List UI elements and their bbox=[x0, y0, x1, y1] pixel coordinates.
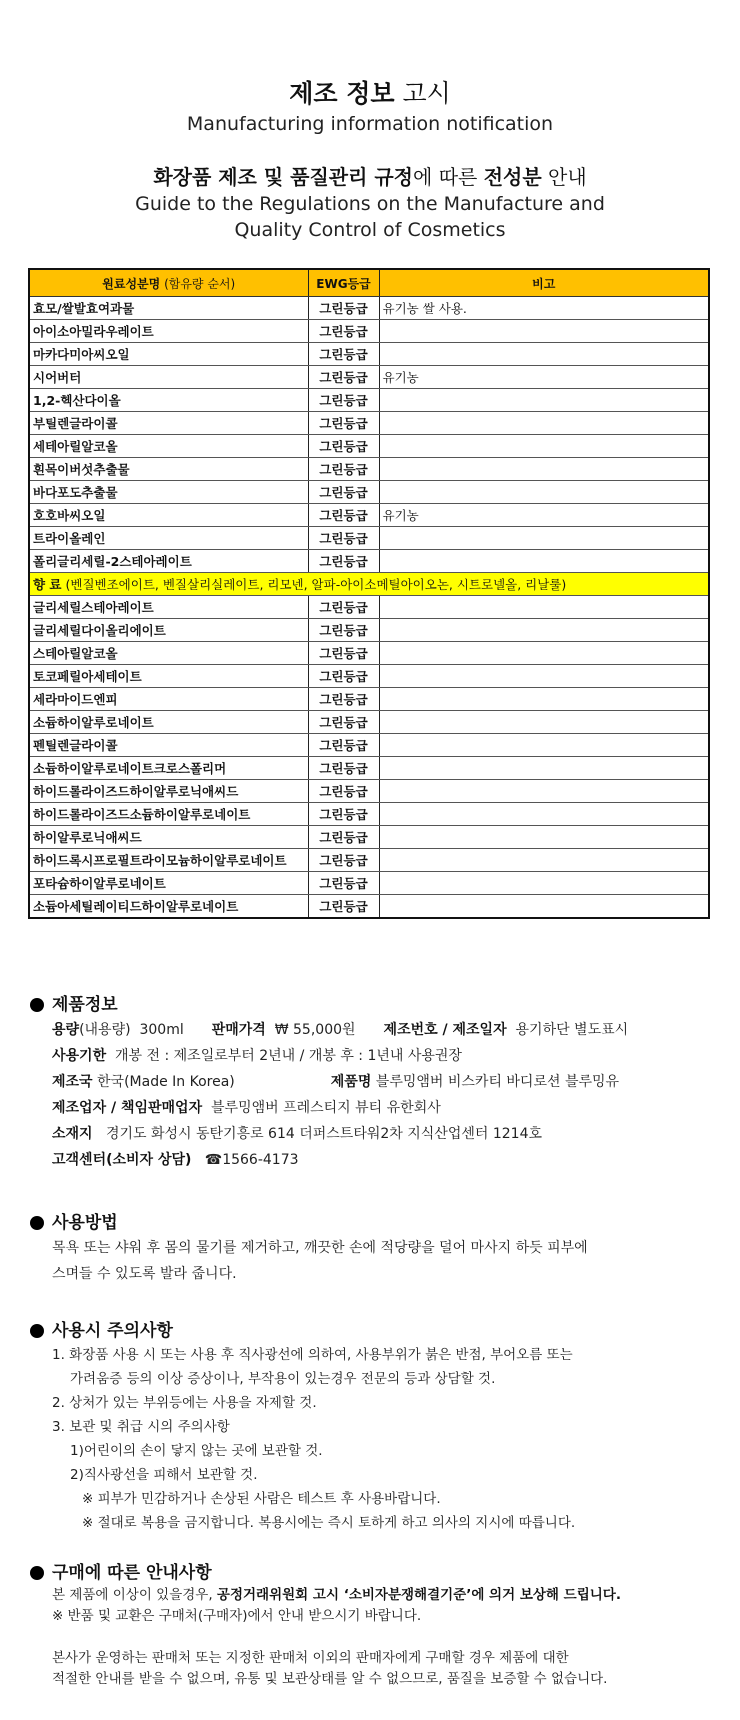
ewg-grade-cell: 그린등급 bbox=[308, 688, 379, 711]
purchase-line-4: 적절한 안내를 받을 수 없으며, 유통 및 보관상태를 알 수 없으므로, 품… bbox=[30, 1669, 720, 1690]
ewg-grade-cell: 그린등급 bbox=[308, 711, 379, 734]
table-row: 펜틸렌글라이콜그린등급 bbox=[29, 734, 709, 757]
fragrance-row: 향 료 (벤질벤조에이트, 벤질살리실레이트, 리모넨, 알파-아이소메틸아이오… bbox=[29, 573, 709, 596]
ewg-grade-cell: 그린등급 bbox=[308, 596, 379, 619]
caution-item-1a: 1. 화장품 사용 시 또는 사용 후 직사광선에 의하여, 사용부위가 붉은 … bbox=[30, 1343, 720, 1367]
ewg-grade-cell: 그린등급 bbox=[308, 389, 379, 412]
note-cell bbox=[379, 826, 709, 849]
ewg-grade-cell: 그린등급 bbox=[308, 458, 379, 481]
ingredient-name-cell: 아이소아밀라우레이트 bbox=[29, 320, 308, 343]
table-row: 부틸렌글라이콜그린등급 bbox=[29, 412, 709, 435]
ewg-grade-cell: 그린등급 bbox=[308, 642, 379, 665]
ingredient-name-cell: 트라이올레인 bbox=[29, 527, 308, 550]
expiry-label: 사용기한 bbox=[52, 1048, 106, 1064]
ingredient-name-cell: 폴리글리세릴-2스테아레이트 bbox=[29, 550, 308, 573]
fragrance-body: 향 료 (벤질벤조에이트, 벤질살리실레이트, 리모넨, 알파-아이소메틸아이오… bbox=[29, 573, 709, 596]
ingredient-name-cell: 효모/쌀발효여과물 bbox=[29, 297, 308, 320]
note-cell bbox=[379, 849, 709, 872]
info-line-3: 제조국 한국(Made In Korea)제품명 블루밍앰버 비스카티 바디로션… bbox=[30, 1069, 720, 1095]
subtitle-bold-1: 화장품 제조 및 품질관리 규정 bbox=[153, 165, 413, 189]
ingredient-name-cell: 글리세릴스테아레이트 bbox=[29, 596, 308, 619]
note-cell bbox=[379, 665, 709, 688]
info-line-2: 사용기한 개봉 전 : 제조일로부터 2년내 / 개봉 후 : 1년내 사용권장 bbox=[30, 1043, 720, 1069]
ingredient-name-cell: 하이드록시프로필트라이모늄하이알루로네이트 bbox=[29, 849, 308, 872]
ingredient-name-cell: 펜틸렌글라이콜 bbox=[29, 734, 308, 757]
ingredients-table: 원료성분명 (함유량 순서) EWG등급 비고 효모/쌀발효여과물그린등급유기농… bbox=[28, 268, 710, 919]
ingredient-name-cell: 바다포도추출물 bbox=[29, 481, 308, 504]
header-ewg-grade: EWG등급 bbox=[308, 269, 379, 297]
product-info-heading: 제품정보 bbox=[30, 993, 720, 1017]
volume-label: 용량 bbox=[52, 1022, 79, 1038]
usage-heading: 사용방법 bbox=[30, 1211, 720, 1235]
note-cell bbox=[379, 872, 709, 895]
ewg-grade-cell: 그린등급 bbox=[308, 320, 379, 343]
country-value: 한국(Made In Korea) bbox=[97, 1074, 235, 1090]
table-row: 호호바씨오일그린등급유기농 bbox=[29, 504, 709, 527]
table-row: 글리세릴다이올리에이트그린등급 bbox=[29, 619, 709, 642]
ingredient-name-cell: 마카다미아씨오일 bbox=[29, 343, 308, 366]
ingredients-body-2: 글리세릴스테아레이트그린등급글리세릴다이올리에이트그린등급스테아릴알코올그린등급… bbox=[29, 596, 709, 919]
volume-paren: (내용량) bbox=[79, 1022, 131, 1038]
caution-item-2: 2. 상처가 있는 부위등에는 사용을 자제할 것. bbox=[30, 1391, 720, 1415]
bullet-icon bbox=[30, 998, 44, 1012]
purchase-section: 구매에 따른 안내사항 본 제품에 이상이 있을경우, 공정거래위원회 고시 ‘… bbox=[30, 1561, 720, 1690]
note-cell: 유기농 쌀 사용. bbox=[379, 297, 709, 320]
note-cell bbox=[379, 412, 709, 435]
ingredient-name-cell: 소듐아세틸레이티드하이알루로네이트 bbox=[29, 895, 308, 919]
cs-label: 고객센터(소비자 상담) bbox=[52, 1152, 191, 1168]
title-light: 고시 bbox=[402, 79, 450, 108]
price-label: 판매가격 bbox=[212, 1022, 266, 1038]
bullet-icon bbox=[30, 1216, 44, 1230]
info-line-5: 소재지 경기도 화성시 동탄기흥로 614 더퍼스트타워2차 지식산업센터 12… bbox=[30, 1121, 720, 1147]
subtitle-en-line-2: Quality Control of Cosmetics bbox=[0, 217, 740, 243]
ewg-grade-cell: 그린등급 bbox=[308, 343, 379, 366]
ewg-grade-cell: 그린등급 bbox=[308, 665, 379, 688]
purchase-title: 구매에 따른 안내사항 bbox=[52, 1561, 212, 1585]
usage-line-1: 목욕 또는 샤워 후 몸의 물기를 제거하고, 깨끗한 손에 적당량을 덜어 마… bbox=[30, 1235, 720, 1261]
table-row: 소듐하이알루로네이트그린등급 bbox=[29, 711, 709, 734]
ingredient-name-cell: 소듐하이알루로네이트크로스폴리머 bbox=[29, 757, 308, 780]
lot-label: 제조번호 / 제조일자 bbox=[384, 1022, 507, 1038]
note-cell bbox=[379, 711, 709, 734]
caution-heading: 사용시 주의사항 bbox=[30, 1319, 720, 1343]
table-header-row: 원료성분명 (함유량 순서) EWG등급 비고 bbox=[29, 269, 709, 297]
note-cell bbox=[379, 895, 709, 919]
subtitle-light-1: 에 따른 bbox=[413, 165, 484, 189]
table-row: 소듐아세틸레이티드하이알루로네이트그린등급 bbox=[29, 895, 709, 919]
header-note: 비고 bbox=[379, 269, 709, 297]
info-line-6: 고객센터(소비자 상담) ☎1566-4173 bbox=[30, 1147, 720, 1173]
table-row: 하이알루로닉애씨드그린등급 bbox=[29, 826, 709, 849]
fragrance-label: 향 료 bbox=[33, 577, 62, 592]
subtitle-light-2: 안내 bbox=[542, 165, 587, 189]
note-cell: 유기농 bbox=[379, 504, 709, 527]
fragrance-cell: 향 료 (벤질벤조에이트, 벤질살리실레이트, 리모넨, 알파-아이소메틸아이오… bbox=[29, 573, 709, 596]
header-name-label: 원료성분명 bbox=[102, 277, 160, 291]
ewg-grade-cell: 그린등급 bbox=[308, 527, 379, 550]
table-row: 세라마이드엔피그린등급 bbox=[29, 688, 709, 711]
note-cell bbox=[379, 803, 709, 826]
usage-section: 사용방법 목욕 또는 샤워 후 몸의 물기를 제거하고, 깨끗한 손에 적당량을… bbox=[30, 1211, 720, 1287]
ingredient-name-cell: 소듐하이알루로네이트 bbox=[29, 711, 308, 734]
ingredient-name-cell: 하이알루로닉애씨드 bbox=[29, 826, 308, 849]
table-row: 하이드롤라이즈드하이알루로닉애씨드그린등급 bbox=[29, 780, 709, 803]
table-row: 흰목이버섯추출물그린등급 bbox=[29, 458, 709, 481]
note-cell bbox=[379, 757, 709, 780]
ewg-grade-cell: 그린등급 bbox=[308, 435, 379, 458]
table-row: 소듐하이알루로네이트크로스폴리머그린등급 bbox=[29, 757, 709, 780]
header-name-paren: (함유량 순서) bbox=[160, 277, 235, 291]
table-row: 트라이올레인그린등급 bbox=[29, 527, 709, 550]
ingredient-name-cell: 흰목이버섯추출물 bbox=[29, 458, 308, 481]
caution-note-1: ※ 피부가 민감하거나 손상된 사람은 테스트 후 사용바랍니다. bbox=[30, 1487, 720, 1511]
product-label: 제품명 bbox=[331, 1074, 372, 1090]
purchase-line-3: 본사가 운영하는 판매처 또는 지정한 판매처 이외의 판매자에게 구매할 경우… bbox=[30, 1648, 720, 1669]
ingredient-name-cell: 하이드롤라이즈드하이알루로닉애씨드 bbox=[29, 780, 308, 803]
ewg-grade-cell: 그린등급 bbox=[308, 849, 379, 872]
ingredient-name-cell: 시어버터 bbox=[29, 366, 308, 389]
maker-label: 제조업자 / 책임판매업자 bbox=[52, 1100, 202, 1116]
table-row: 아이소아밀라우레이트그린등급 bbox=[29, 320, 709, 343]
ewg-grade-cell: 그린등급 bbox=[308, 734, 379, 757]
caution-item-3-1: 1)어린이의 손이 닿지 않는 곳에 보관할 것. bbox=[30, 1439, 720, 1463]
ewg-grade-cell: 그린등급 bbox=[308, 895, 379, 919]
address-value: 경기도 화성시 동탄기흥로 614 더퍼스트타워2차 지식산업센터 1214호 bbox=[106, 1126, 542, 1142]
usage-line-2: 스며들 수 있도록 발라 줍니다. bbox=[30, 1261, 720, 1287]
product-info-title: 제품정보 bbox=[52, 993, 118, 1017]
ingredient-name-cell: 1,2-헥산다이올 bbox=[29, 389, 308, 412]
purchase-heading: 구매에 따른 안내사항 bbox=[30, 1561, 720, 1585]
bullet-icon bbox=[30, 1566, 44, 1580]
ingredient-name-cell: 부틸렌글라이콜 bbox=[29, 412, 308, 435]
ingredient-name-cell: 하이드롤라이즈드소듐하이알루로네이트 bbox=[29, 803, 308, 826]
table-row: 마카다미아씨오일그린등급 bbox=[29, 343, 709, 366]
caution-item-3-2: 2)직사광선을 피해서 보관할 것. bbox=[30, 1463, 720, 1487]
expiry-value: 개봉 전 : 제조일로부터 2년내 / 개봉 후 : 1년내 사용권장 bbox=[115, 1048, 462, 1064]
table-row: 바다포도추출물그린등급 bbox=[29, 481, 709, 504]
ewg-grade-cell: 그린등급 bbox=[308, 504, 379, 527]
ewg-grade-cell: 그린등급 bbox=[308, 826, 379, 849]
purchase-line-1: 본 제품에 이상이 있을경우, 공정거래위원회 고시 ‘소비자분쟁해결기준’에 … bbox=[30, 1585, 720, 1606]
table-row: 포타슘하이알루로네이트그린등급 bbox=[29, 872, 709, 895]
table-row: 효모/쌀발효여과물그린등급유기농 쌀 사용. bbox=[29, 297, 709, 320]
ewg-grade-cell: 그린등급 bbox=[308, 757, 379, 780]
note-cell bbox=[379, 435, 709, 458]
ingredients-body-1: 효모/쌀발효여과물그린등급유기농 쌀 사용.아이소아밀라우레이트그린등급마카다미… bbox=[29, 297, 709, 573]
title-bold: 제조 정보 bbox=[289, 79, 394, 108]
ingredient-name-cell: 토코페릴아세테이트 bbox=[29, 665, 308, 688]
note-cell bbox=[379, 527, 709, 550]
note-cell: 유기농 bbox=[379, 366, 709, 389]
note-cell bbox=[379, 734, 709, 757]
volume-value: 300ml bbox=[139, 1022, 183, 1038]
subtitle-bold-2: 전성분 bbox=[484, 165, 542, 189]
country-label: 제조국 bbox=[52, 1074, 93, 1090]
note-cell bbox=[379, 780, 709, 803]
note-cell bbox=[379, 389, 709, 412]
usage-title: 사용방법 bbox=[52, 1211, 118, 1235]
ingredient-name-cell: 호호바씨오일 bbox=[29, 504, 308, 527]
table-row: 토코페릴아세테이트그린등급 bbox=[29, 665, 709, 688]
product-info-section: 제품정보 용량(내용량) 300ml판매가격 ₩ 55,000원제조번호 / 제… bbox=[30, 993, 720, 1173]
note-cell bbox=[379, 481, 709, 504]
info-line-1: 용량(내용량) 300ml판매가격 ₩ 55,000원제조번호 / 제조일자 용… bbox=[30, 1017, 720, 1043]
caution-section: 사용시 주의사항 1. 화장품 사용 시 또는 사용 후 직사광선에 의하여, … bbox=[30, 1319, 720, 1535]
phone-icon: ☎ bbox=[205, 1152, 222, 1168]
ingredient-name-cell: 포타슘하이알루로네이트 bbox=[29, 872, 308, 895]
table-row: 하이드롤라이즈드소듐하이알루로네이트그린등급 bbox=[29, 803, 709, 826]
ingredient-name-cell: 세테아릴알코올 bbox=[29, 435, 308, 458]
caution-item-1b: 가려움증 등의 이상 증상이나, 부작용이 있는경우 전문의 등과 상담할 것. bbox=[30, 1367, 720, 1391]
note-cell bbox=[379, 642, 709, 665]
subtitle: 화장품 제조 및 품질관리 규정에 따른 전성분 안내 bbox=[0, 163, 740, 191]
table-row: 시어버터그린등급유기농 bbox=[29, 366, 709, 389]
table-row: 세테아릴알코올그린등급 bbox=[29, 435, 709, 458]
lot-value: 용기하단 별도표시 bbox=[516, 1022, 629, 1038]
note-cell bbox=[379, 343, 709, 366]
note-cell bbox=[379, 688, 709, 711]
header-ingredient-name: 원료성분명 (함유량 순서) bbox=[29, 269, 308, 297]
purchase-line-1-bold: 공정거래위원회 고시 ‘소비자분쟁해결기준’에 의거 보상해 드립니다. bbox=[217, 1587, 621, 1603]
purchase-line-1-light: 본 제품에 이상이 있을경우, bbox=[52, 1587, 217, 1603]
table-row: 스테아릴알코올그린등급 bbox=[29, 642, 709, 665]
ingredient-name-cell: 세라마이드엔피 bbox=[29, 688, 308, 711]
page-title-en: Manufacturing information notification bbox=[0, 111, 740, 137]
maker-value: 블루밍앰버 프레스티지 뷰티 유한회사 bbox=[211, 1100, 441, 1116]
note-cell bbox=[379, 320, 709, 343]
caution-item-3: 3. 보관 및 취급 시의 주의사항 bbox=[30, 1415, 720, 1439]
fragrance-detail: (벤질벤조에이트, 벤질살리실레이트, 리모넨, 알파-아이소메틸아이오논, 시… bbox=[62, 577, 567, 592]
ewg-grade-cell: 그린등급 bbox=[308, 803, 379, 826]
subtitle-en-line-1: Guide to the Regulations on the Manufact… bbox=[0, 191, 740, 217]
ewg-grade-cell: 그린등급 bbox=[308, 412, 379, 435]
subtitle-en: Guide to the Regulations on the Manufact… bbox=[0, 191, 740, 243]
ewg-grade-cell: 그린등급 bbox=[308, 619, 379, 642]
address-label: 소재지 bbox=[52, 1126, 93, 1142]
note-cell bbox=[379, 619, 709, 642]
caution-title: 사용시 주의사항 bbox=[52, 1319, 173, 1343]
note-cell bbox=[379, 550, 709, 573]
ewg-grade-cell: 그린등급 bbox=[308, 366, 379, 389]
table-row: 글리세릴스테아레이트그린등급 bbox=[29, 596, 709, 619]
purchase-line-2: ※ 반품 및 교환은 구매처(구매자)에서 안내 받으시기 바랍니다. bbox=[30, 1606, 720, 1627]
note-cell bbox=[379, 596, 709, 619]
cs-value: 1566-4173 bbox=[222, 1152, 298, 1168]
page-title: 제조 정보 고시 bbox=[0, 78, 740, 110]
ingredient-name-cell: 스테아릴알코올 bbox=[29, 642, 308, 665]
ingredient-name-cell: 글리세릴다이올리에이트 bbox=[29, 619, 308, 642]
price-value: ₩ 55,000원 bbox=[275, 1022, 356, 1038]
ewg-grade-cell: 그린등급 bbox=[308, 297, 379, 320]
product-value: 블루밍앰버 비스카티 바디로션 블루밍유 bbox=[376, 1074, 619, 1090]
table-row: 폴리글리세릴-2스테아레이트그린등급 bbox=[29, 550, 709, 573]
ewg-grade-cell: 그린등급 bbox=[308, 481, 379, 504]
ewg-grade-cell: 그린등급 bbox=[308, 780, 379, 803]
note-cell bbox=[379, 458, 709, 481]
info-line-4: 제조업자 / 책임판매업자 블루밍앰버 프레스티지 뷰티 유한회사 bbox=[30, 1095, 720, 1121]
table-row: 하이드록시프로필트라이모늄하이알루로네이트그린등급 bbox=[29, 849, 709, 872]
bullet-icon bbox=[30, 1324, 44, 1338]
table-row: 1,2-헥산다이올그린등급 bbox=[29, 389, 709, 412]
ewg-grade-cell: 그린등급 bbox=[308, 872, 379, 895]
caution-note-2: ※ 절대로 복용을 금지합니다. 복용시에는 즉시 토하게 하고 의사의 지시에… bbox=[30, 1511, 720, 1535]
ewg-grade-cell: 그린등급 bbox=[308, 550, 379, 573]
